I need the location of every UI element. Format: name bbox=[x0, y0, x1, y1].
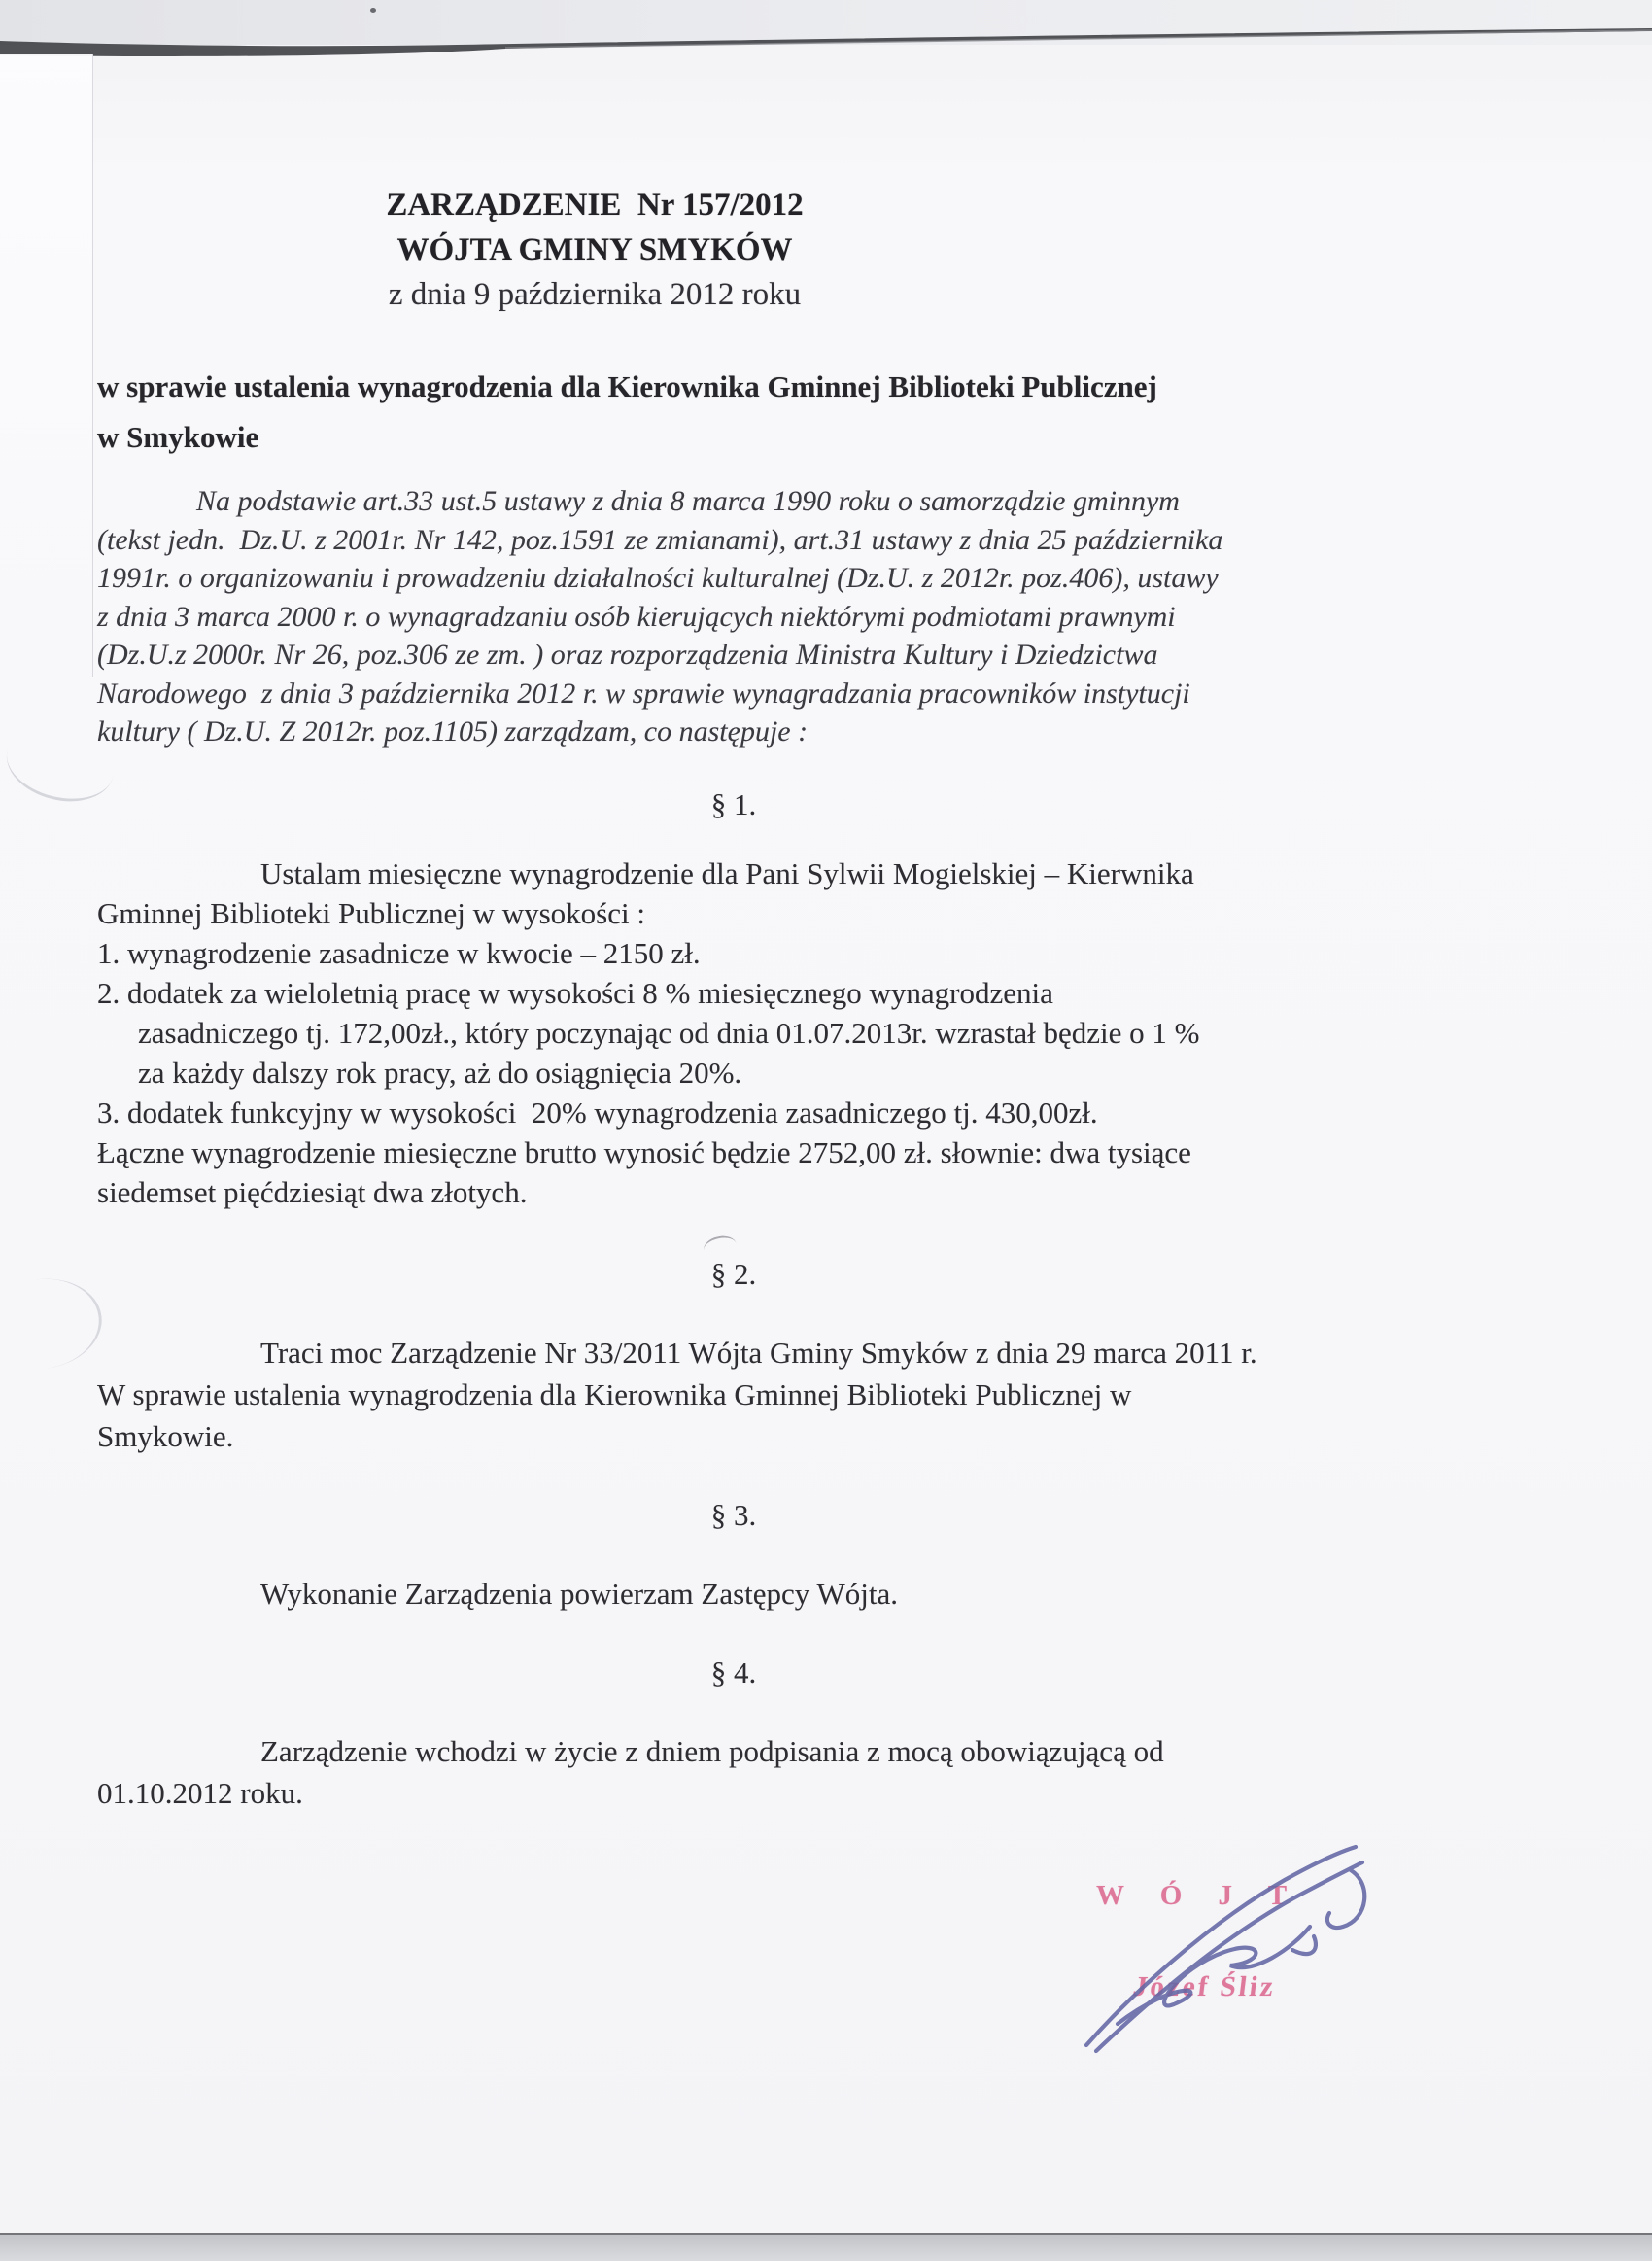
text-line: zasadniczego tj. 172,00zł., który poczyn… bbox=[97, 1013, 1506, 1053]
text-line: w Smykowie bbox=[97, 412, 1458, 463]
document-title: ZARZĄDZENIE Nr 157/2012 WÓJTA GMINY SMYK… bbox=[328, 183, 861, 317]
section-4-marker: § 4. bbox=[97, 1655, 1370, 1690]
document-subject: w sprawie ustalenia wynagrodzenia dla Ki… bbox=[97, 362, 1458, 463]
text-line: (Dz.U.z 2000r. Nr 26, poz.306 ze zm. ) o… bbox=[97, 636, 1501, 675]
scanned-document-page: ZARZĄDZENIE Nr 157/2012 WÓJTA GMINY SMYK… bbox=[0, 0, 1652, 2261]
scan-speck bbox=[370, 8, 376, 13]
section-2-body: Traci moc Zarządzenie Nr 33/2011 Wójta G… bbox=[97, 1332, 1506, 1457]
text-line: Ustalam miesięczne wynagrodzenie dla Pan… bbox=[97, 853, 1506, 893]
text-line: Traci moc Zarządzenie Nr 33/2011 Wójta G… bbox=[97, 1332, 1506, 1374]
text-line: Na podstawie art.33 ust.5 ustawy z dnia … bbox=[97, 482, 1501, 521]
text-line: Narodowego z dnia 3 października 2012 r.… bbox=[97, 675, 1501, 713]
section-3-marker: § 3. bbox=[97, 1498, 1370, 1533]
title-line-issuer: WÓJTA GMINY SMYKÓW bbox=[328, 227, 861, 272]
text-line: kultury ( Dz.U. Z 2012r. poz.1105) zarzą… bbox=[97, 713, 1501, 751]
text-line: 1. wynagrodzenie zasadnicze w kwocie – 2… bbox=[97, 933, 1506, 973]
scanner-bottom-edge bbox=[0, 2233, 1652, 2261]
text-line: Wykonanie Zarządzenia powierzam Zastępcy… bbox=[97, 1573, 1506, 1615]
paper-dent-mark bbox=[0, 1271, 108, 1377]
title-line-date: z dnia 9 października 2012 roku bbox=[328, 272, 861, 317]
text-line: Gminnej Biblioteki Publicznej w wysokośc… bbox=[97, 893, 1506, 933]
text-line: za każdy dalszy rok pracy, aż do osiągni… bbox=[97, 1053, 1506, 1093]
text-line: siedemset pięćdziesiąt dwa złotych. bbox=[97, 1172, 1506, 1212]
text-line: 3. dodatek funkcyjny w wysokości 20% wyn… bbox=[97, 1093, 1506, 1132]
text-line: z dnia 3 marca 2000 r. o wynagradzaniu o… bbox=[97, 598, 1501, 637]
text-line: Smykowie. bbox=[97, 1415, 1506, 1457]
text-line: Zarządzenie wchodzi w życie z dniem podp… bbox=[97, 1730, 1506, 1772]
text-line: 01.10.2012 roku. bbox=[97, 1772, 1506, 1814]
text-line: 2. dodatek za wieloletnią pracę w wysoko… bbox=[97, 973, 1506, 1013]
text-line: W sprawie ustalenia wynagrodzenia dla Ki… bbox=[97, 1374, 1506, 1415]
section-3-body: Wykonanie Zarządzenia powierzam Zastępcy… bbox=[97, 1573, 1506, 1615]
title-line-number: ZARZĄDZENIE Nr 157/2012 bbox=[328, 183, 861, 227]
legal-basis-paragraph: Na podstawie art.33 ust.5 ustawy z dnia … bbox=[97, 482, 1501, 751]
section-1-marker: § 1. bbox=[97, 787, 1370, 822]
text-line: Łączne wynagrodzenie miesięczne brutto w… bbox=[97, 1132, 1506, 1172]
handwritten-signature-ink bbox=[1059, 1833, 1409, 2067]
section-2-marker: § 2. bbox=[97, 1257, 1370, 1292]
text-line: 1991r. o organizowaniu i prowadzeniu dzi… bbox=[97, 559, 1501, 598]
section-1-body: Ustalam miesięczne wynagrodzenie dla Pan… bbox=[97, 853, 1506, 1212]
section-4-body: Zarządzenie wchodzi w życie z dniem podp… bbox=[97, 1730, 1506, 1814]
text-line: (tekst jedn. Dz.U. z 2001r. Nr 142, poz.… bbox=[97, 521, 1501, 560]
text-line: w sprawie ustalenia wynagrodzenia dla Ki… bbox=[97, 362, 1458, 412]
underlying-sheet-edge bbox=[0, 54, 93, 677]
page-top-edge-shadow bbox=[0, 0, 1652, 70]
